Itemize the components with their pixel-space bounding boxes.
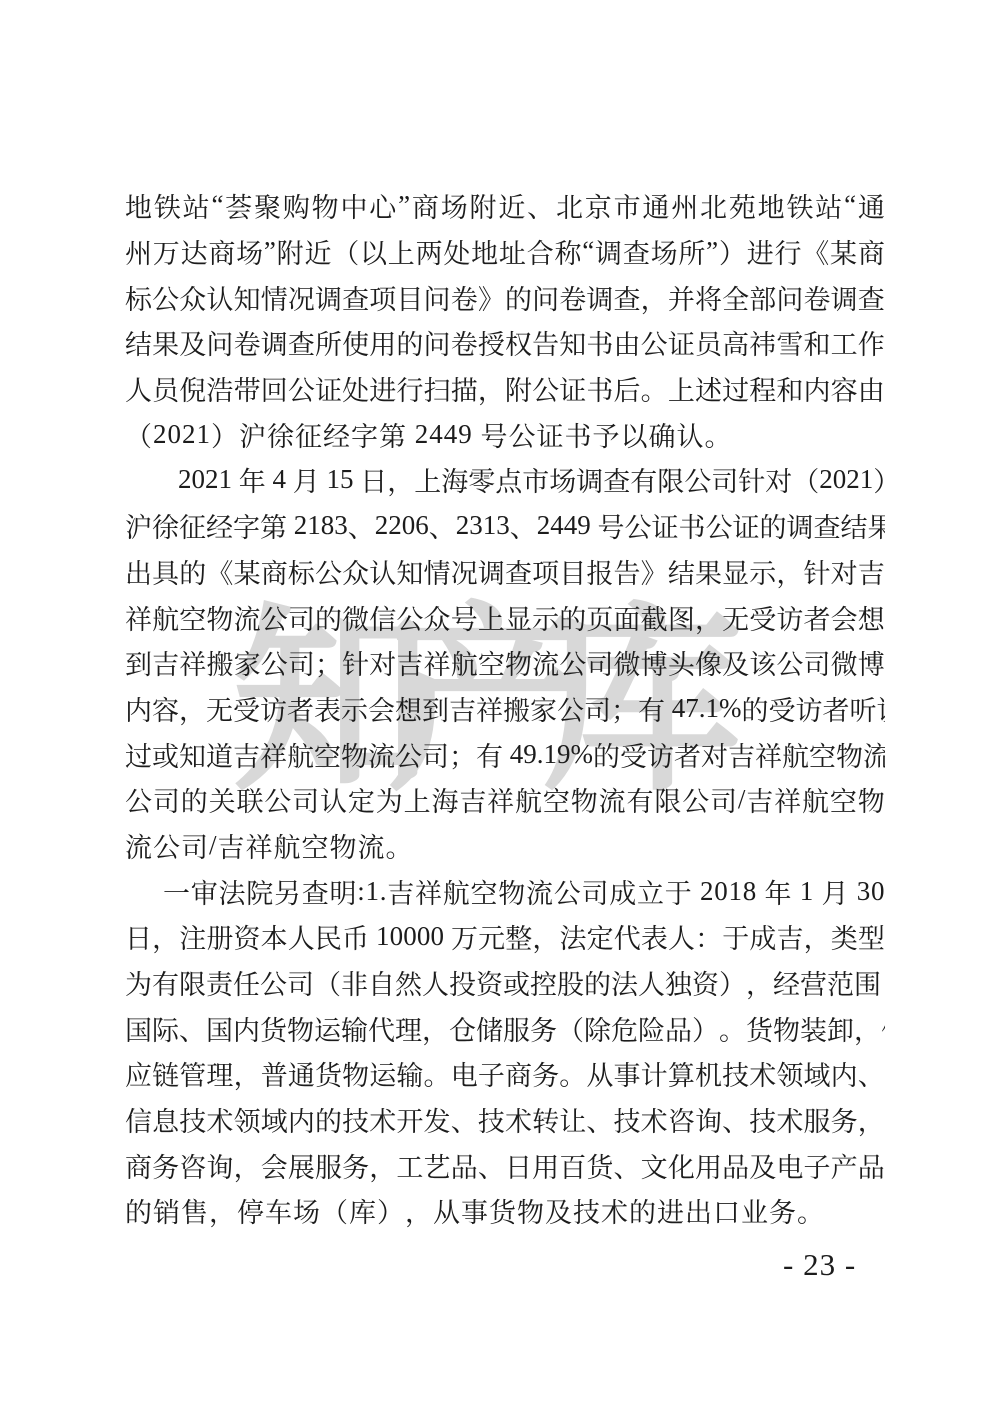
text-line: 过或知道吉祥航空物流公司；有 49.19%的受访者对吉祥航空物流 <box>125 731 885 777</box>
paragraph: 地铁站“荟聚购物中心”商场附近、北京市通州北苑地铁站“通 州万达商场”附近（以上… <box>125 183 885 457</box>
text-line: 信息技术领域内的技术开发、技术转让、技术咨询、技术服务， <box>125 1097 885 1143</box>
text-line: 人员倪浩带回公证处进行扫描，附公证书后。上述过程和内容由 <box>125 366 885 412</box>
text-line: （2021）沪徐征经字第 2449 号公证书予以确认。 <box>125 411 885 457</box>
text-line: 流公司/吉祥航空物流。 <box>125 823 885 869</box>
text-line: 到吉祥搬家公司；针对吉祥航空物流公司微博头像及该公司微博 <box>125 640 885 686</box>
text-line: 应链管理，普通货物运输。电子商务。从事计算机技术领域内、 <box>125 1051 885 1097</box>
document-body: 地铁站“荟聚购物中心”商场附近、北京市通州北苑地铁站“通 州万达商场”附近（以上… <box>125 183 885 1234</box>
text-line: 商务咨询，会展服务，工艺品、日用百货、文化用品及电子产品 <box>125 1142 885 1188</box>
text-line: 结果及问卷调查所使用的问卷授权告知书由公证员高祎雪和工作 <box>125 320 885 366</box>
text-line: 日，注册资本人民币 10000 万元整，法定代表人：于成吉，类型 <box>125 914 885 960</box>
page-number: - 23 - <box>783 1247 856 1283</box>
text-line: 州万达商场”附近（以上两处地址合称“调查场所”）进行《某商 <box>125 229 885 275</box>
text-line: 出具的《某商标公众认知情况调查项目报告》结果显示，针对吉 <box>125 549 885 595</box>
text-line: 祥航空物流公司的微信公众号上显示的页面截图，无受访者会想 <box>125 594 885 640</box>
paragraph: 2021 年 4 月 15 日，上海零点市场调查有限公司针对（2021） 沪徐征… <box>125 457 885 868</box>
text-line: 的销售，停车场（库），从事货物及技术的进出口业务。 <box>125 1188 885 1234</box>
text-line: 标公众认知情况调查项目问卷》的问卷调查，并将全部问卷调查 <box>125 274 885 320</box>
paragraph: 一审法院另查明:1.吉祥航空物流公司成立于 2018 年 1 月 30 日，注册… <box>125 868 885 1234</box>
text-line: 沪徐征经字第 2183、2206、2313、2449 号公证书公证的调查结果 <box>125 503 885 549</box>
text-line: 地铁站“荟聚购物中心”商场附近、北京市通州北苑地铁站“通 <box>125 183 885 229</box>
text-line: 内容，无受访者表示会想到吉祥搬家公司；有 47.1%的受访者听说 <box>125 686 885 732</box>
text-line: 为有限责任公司（非自然人投资或控股的法人独资），经营范围： <box>125 960 885 1006</box>
document-page: 知产库 地铁站“荟聚购物中心”商场附近、北京市通州北苑地铁站“通 州万达商场”附… <box>0 0 1000 1414</box>
text-line: 国际、国内货物运输代理，仓储服务（除危险品）。货物装卸，供 <box>125 1005 885 1051</box>
text-line: 一审法院另查明:1.吉祥航空物流公司成立于 2018 年 1 月 30 <box>125 868 885 914</box>
text-line: 公司的关联公司认定为上海吉祥航空物流有限公司/吉祥航空物 <box>125 777 885 823</box>
text-line: 2021 年 4 月 15 日，上海零点市场调查有限公司针对（2021） <box>125 457 885 503</box>
